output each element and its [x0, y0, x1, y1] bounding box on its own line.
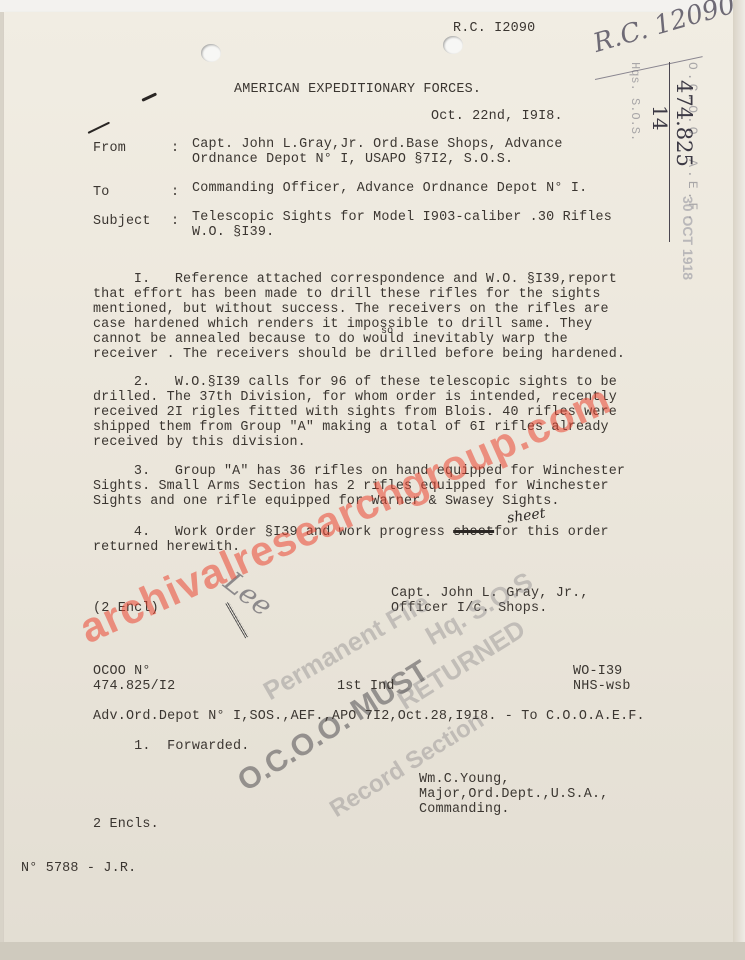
paragraph-line: receiver . The receivers should be drill… [93, 347, 625, 362]
from-line-1: Capt. John L.Gray,Jr. Ord.Base Shops, Ad… [192, 137, 563, 152]
from-label: From [93, 141, 126, 156]
org-header: AMERICAN EXPEDITIONARY FORCES. [234, 82, 481, 97]
indorsement-ref-right-1: WO-I39 [573, 664, 622, 679]
subject-line-2: W.O. §I39. [192, 225, 274, 240]
indorsement-item: 1. Forwarded. [93, 739, 249, 754]
to-colon: : [171, 185, 179, 200]
paragraph-line: received by this division. [93, 435, 306, 450]
paragraph-text: for this order [494, 525, 609, 540]
subject-colon: : [171, 214, 179, 229]
indorsement-signature-2: Major,Ord.Dept.,U.S.A., [419, 787, 608, 802]
punch-hole-left [201, 44, 221, 62]
punch-hole-right [443, 36, 463, 54]
scan-top-margin [0, 0, 745, 12]
from-line-2: Ordnance Depot N° I, USAPO §7I2, S.O.S. [192, 152, 513, 167]
stamp-received-date: 30 OCT 1918 [680, 196, 696, 280]
paragraph-line: 3. Group "A" has 36 rifles on hand equip… [93, 464, 625, 479]
indorsement-signature-1: Wm.C.Young, [419, 772, 510, 787]
interlinear-insert: so [381, 324, 393, 339]
struck-word: sheet [453, 525, 494, 540]
scan-bottom-margin [0, 942, 745, 960]
handwritten-vertical-line [669, 62, 670, 242]
from-colon: : [171, 141, 179, 156]
paragraph-line: I. Reference attached correspondence and… [93, 272, 617, 287]
indorsement-enclosures: 2 Encls. [93, 817, 159, 832]
footer-reference: N° 5788 - J.R. [21, 861, 136, 876]
handwritten-file-number: 474.825 [672, 80, 696, 167]
paragraph-line: that effort has been made to drill these… [93, 287, 601, 302]
record-code: R.C. I2090 [453, 21, 535, 36]
to-value: Commanding Officer, Advance Ordnance Dep… [192, 181, 587, 196]
indorsement-ref-left-1: OCOO N° [93, 664, 151, 679]
stamp-hqs-sos: Hqs. S.O.S. [628, 62, 642, 141]
indorsement-ref-right-2: NHS-wsb [573, 679, 631, 694]
subject-line-1: Telescopic Sights for Model I903-caliber… [192, 210, 612, 225]
indorsement-routing: Adv.Ord.Depot N° I,SOS.,AEF.,APO 7I2,Oct… [93, 709, 645, 724]
scan-right-edge [733, 0, 745, 960]
paragraph-line: cannot be annealed because to do would i… [93, 332, 568, 347]
to-label: To [93, 185, 109, 200]
paragraph-line: case hardened which renders it impossibl… [93, 317, 592, 332]
indorsement-ref-left-2: 474.825/I2 [93, 679, 175, 694]
document-date: Oct. 22nd, I9I8. [431, 109, 563, 124]
paragraph-line: mentioned, but without success. The rece… [93, 302, 609, 317]
indorsement-signature-3: Commanding. [419, 802, 510, 817]
subject-label: Subject [93, 214, 151, 229]
indorsement-title: 1st Ind [337, 679, 395, 694]
paragraph-line: 2. W.O.§I39 calls for 96 of these telesc… [93, 375, 617, 390]
